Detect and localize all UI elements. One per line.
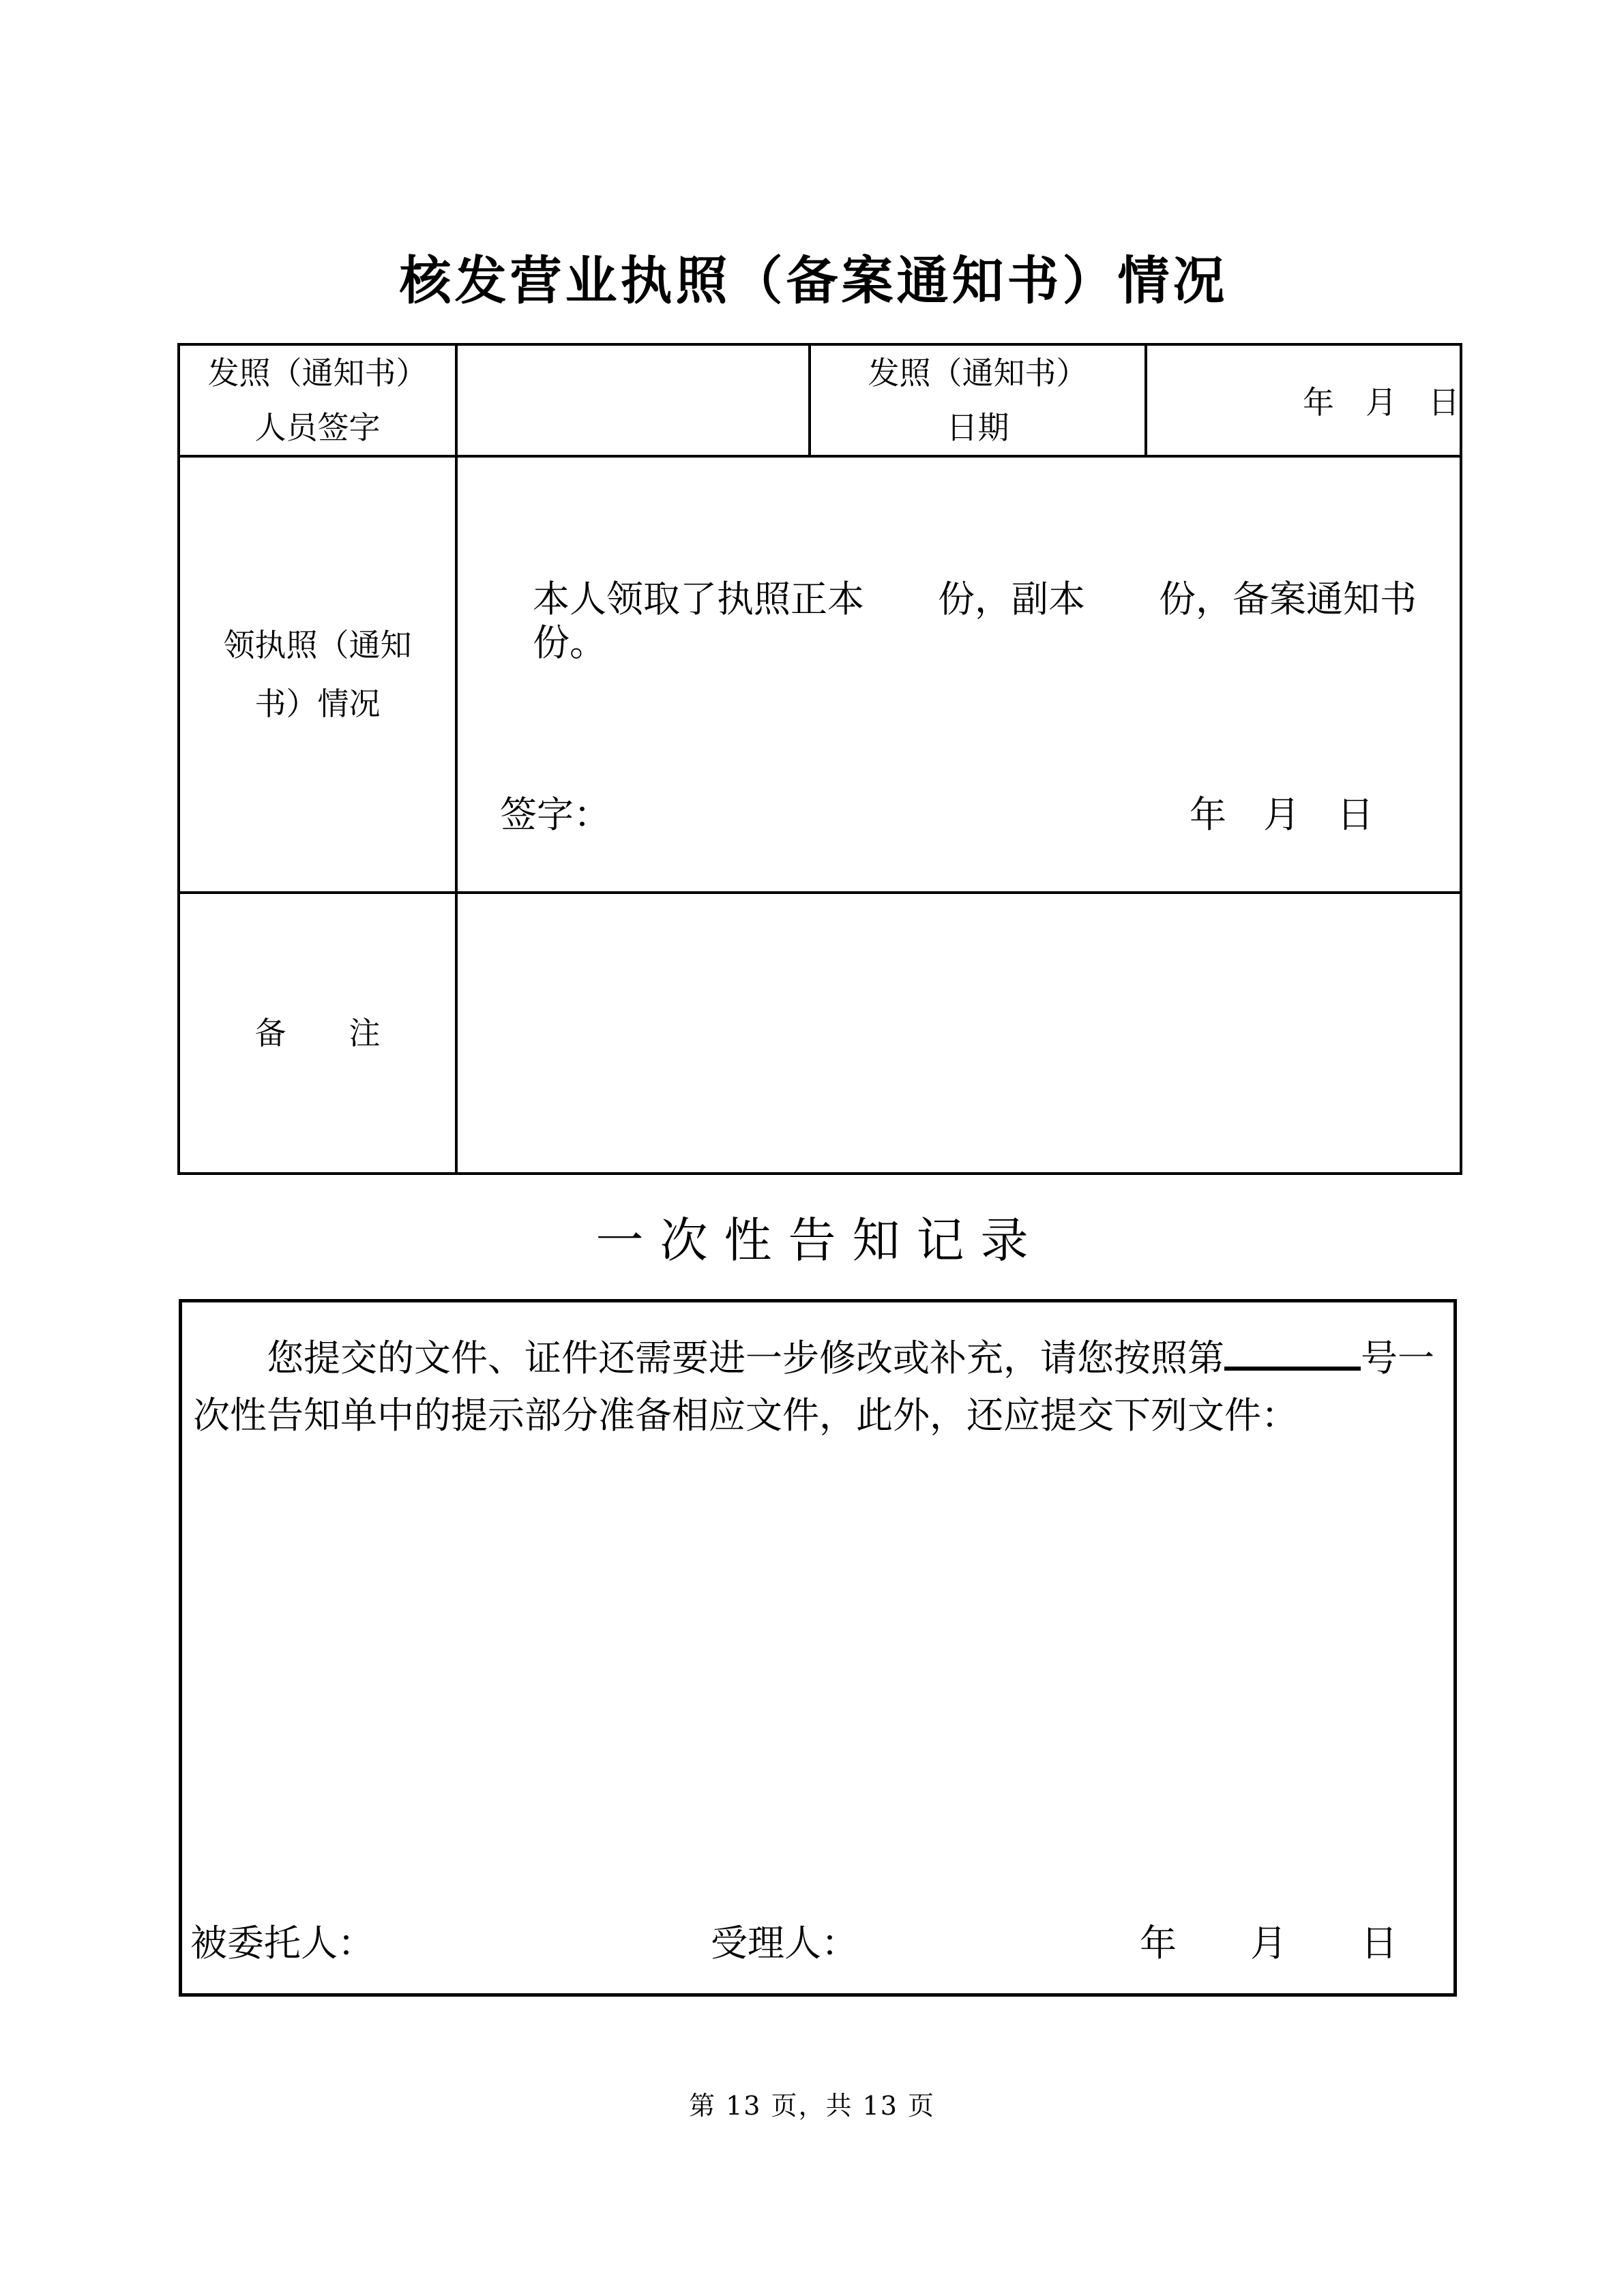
table-row: 领执照（通知 书）情况 本人领取了执照正本 份，副本 份，备案通知书 份。 签字… [179, 456, 1461, 893]
receive-label-line1: 领执照（通知 [180, 616, 455, 674]
notice-box: 您提交的文件、证件还需要进一步修改或补充，请您按照第号一次性告知单中的提示部分准… [179, 1299, 1457, 1997]
notice-paragraph: 您提交的文件、证件还需要进一步修改或补充，请您按照第号一次性告知单中的提示部分准… [193, 1330, 1443, 1444]
issue-date-label-line2: 日期 [811, 400, 1145, 455]
section2-title: 一次性告知记录 [0, 1208, 1624, 1272]
issuer-signature-blank-cell [456, 344, 810, 456]
receive-label-line2: 书）情况 [180, 674, 455, 733]
issue-date-label-cell: 发照（通知书） 日期 [810, 344, 1146, 456]
remark-blank-cell [456, 893, 1461, 1174]
receive-content-cell: 本人领取了执照正本 份，副本 份，备案通知书 份。 签字： 年 月 日 [456, 456, 1461, 893]
receive-sign-row: 签字： 年 月 日 [500, 794, 1374, 835]
page-number-footer: 第 13 页，共 13 页 [0, 2087, 1624, 2125]
section1-title: 核发营业执照（备案通知书）情况 [0, 247, 1624, 315]
issuer-sign-label-line2: 人员签字 [180, 400, 455, 455]
issuer-sign-label-cell: 发照（通知书） 人员签字 [179, 344, 456, 456]
receive-label-cell: 领执照（通知 书）情况 [179, 456, 456, 893]
sign-label: 签字： [500, 794, 610, 835]
blank-underline [1224, 1364, 1361, 1371]
issuance-table: 发照（通知书） 人员签字 发照（通知书） 日期 年 月 日 领执照（通知 书）情… [177, 343, 1462, 1175]
document-page: 核发营业执照（备案通知书）情况 发照（通知书） 人员签字 发照（通知书） 日期 … [0, 0, 1624, 2296]
notice-date-blank: 年 月 日 [1140, 1922, 1398, 1965]
notice-text-before-blank: 您提交的文件、证件还需要进一步修改或补充，请您按照第 [267, 1337, 1224, 1380]
delegate-label: 被委托人： [190, 1922, 374, 1965]
receive-sentence: 本人领取了执照正本 份，副本 份，备案通知书 份。 [533, 578, 1451, 665]
table-row: 发照（通知书） 人员签字 发照（通知书） 日期 年 月 日 [179, 344, 1461, 456]
issue-date-blank-cell: 年 月 日 [1146, 344, 1461, 456]
acceptor-label: 受理人： [711, 1922, 858, 1965]
remark-label-cell: 备 注 [179, 893, 456, 1174]
issue-date-label-line1: 发照（通知书） [811, 346, 1145, 400]
issuer-sign-label-line1: 发照（通知书） [180, 346, 455, 400]
receive-date-blank: 年 月 日 [1190, 794, 1374, 835]
table-row: 备 注 [179, 893, 1461, 1174]
notice-sign-row: 被委托人： 受理人： 年 月 日 [182, 1922, 1453, 1969]
